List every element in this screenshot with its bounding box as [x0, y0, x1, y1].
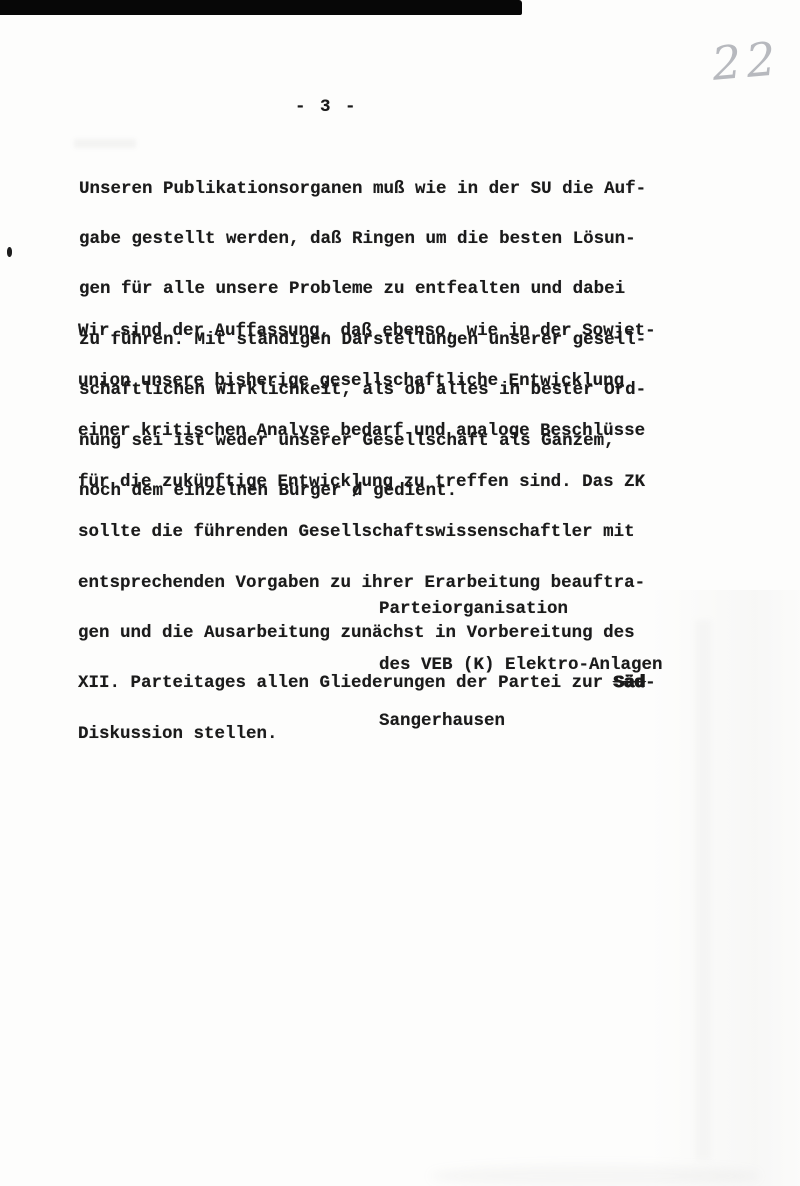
scanned-document-page: 22 - 3 - Unseren Publikationsorganen muß…	[0, 0, 800, 1186]
signature-line: Parteiorganisation	[379, 600, 663, 619]
signature-block: Parteiorganisation des VEB (K) Elektro-A…	[379, 562, 663, 769]
scan-shading-artifact	[650, 590, 800, 1186]
text-line: einer kritischen Analyse bedarf und anal…	[78, 423, 656, 440]
text-line: für die zukünftige Entwicklung zu treffe…	[78, 474, 656, 491]
text-line: union unsere bisherige gesellschaftliche…	[78, 373, 656, 390]
text-line: Wir sind der Auffassung, daß ebenso, wie…	[78, 323, 656, 340]
page-number: - 3 -	[295, 99, 358, 116]
scan-streak-artifact	[695, 620, 711, 1160]
scan-edge-artifact	[0, 0, 522, 15]
text-line: sollte die führenden Gesellschaftswissen…	[78, 524, 656, 541]
signature-line: Sangerhausen	[379, 712, 663, 731]
signature-line: des VEB (K) Elektro-Anlagen	[379, 656, 663, 675]
scan-smudge-artifact	[74, 139, 136, 148]
scan-shading-artifact	[430, 1165, 760, 1186]
text-line: Unseren Publikationsorganen muß wie in d…	[79, 181, 646, 198]
scan-speck-artifact	[7, 247, 12, 257]
handwritten-page-number: 22	[710, 31, 783, 91]
text-line: gabe gestellt werden, daß Ringen um die …	[79, 231, 646, 248]
